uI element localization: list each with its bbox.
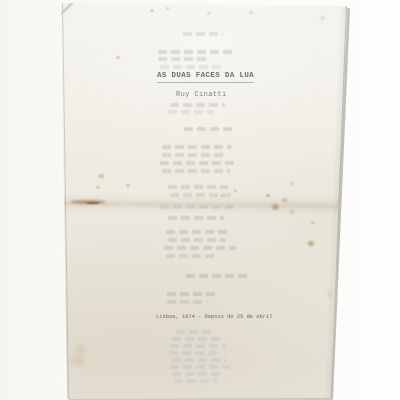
faint-text-line [164, 246, 236, 250]
photo-background: { "document": { "title": "AS DUAS FACES … [0, 0, 400, 400]
place-date-line: Lisboa, 1974 - Depois do 25 de Abril [156, 314, 272, 321]
stain-mark [150, 9, 154, 12]
stain-mark [272, 204, 279, 210]
stain-mark [207, 12, 211, 15]
faint-text-line [166, 254, 218, 258]
stain-mark [282, 198, 287, 202]
faint-text-line [162, 169, 230, 173]
faint-text-line [166, 230, 230, 234]
faint-text-line [158, 50, 234, 54]
stain-mark [311, 221, 315, 224]
faint-text-line [158, 57, 210, 61]
stain-mark [86, 202, 100, 204]
faint-text-line [170, 344, 226, 348]
stain-mark [220, 195, 223, 197]
stain-mark [166, 7, 169, 10]
faint-text-line [168, 216, 224, 220]
faint-text-line [168, 238, 226, 242]
faint-text-line [172, 337, 224, 341]
stain-mark [116, 56, 120, 59]
poem-author: Ruy Cinatti [176, 91, 227, 99]
faint-text-line [184, 127, 232, 131]
faint-text-line [162, 145, 232, 149]
faint-text-line [168, 185, 228, 189]
stain-mark [328, 290, 332, 298]
faint-text-line [183, 32, 223, 36]
poem-title: AS DUAS FACES DA LUA [157, 72, 254, 83]
faint-text-line [160, 205, 238, 209]
faint-text-line [170, 365, 230, 369]
faint-text-line [170, 193, 234, 197]
stain-mark [74, 345, 86, 354]
faint-text-line [160, 161, 234, 165]
faint-text-line [169, 351, 217, 355]
stain-mark [320, 16, 325, 20]
faint-text-line [172, 372, 224, 376]
stain-mark [290, 210, 294, 214]
stain-mark [234, 189, 237, 192]
faint-text-line [160, 65, 224, 69]
stain-mark [99, 174, 104, 178]
faint-text-line [167, 300, 207, 304]
faint-text-line [167, 292, 215, 296]
faint-text-line [170, 103, 225, 107]
stain-mark [290, 182, 293, 185]
stain-mark [126, 184, 130, 187]
faint-text-line [162, 153, 226, 157]
faint-text-line [168, 110, 214, 114]
stain-mark [70, 356, 86, 366]
corner-fold [60, 2, 73, 15]
faint-text-line [176, 330, 214, 334]
stain-mark [266, 194, 270, 197]
faint-text-line [186, 274, 248, 278]
stain-mark [308, 241, 314, 246]
faint-text-line [174, 379, 218, 383]
stain-mark [96, 186, 100, 189]
stain-mark [249, 11, 253, 14]
faint-text-line [172, 358, 226, 362]
